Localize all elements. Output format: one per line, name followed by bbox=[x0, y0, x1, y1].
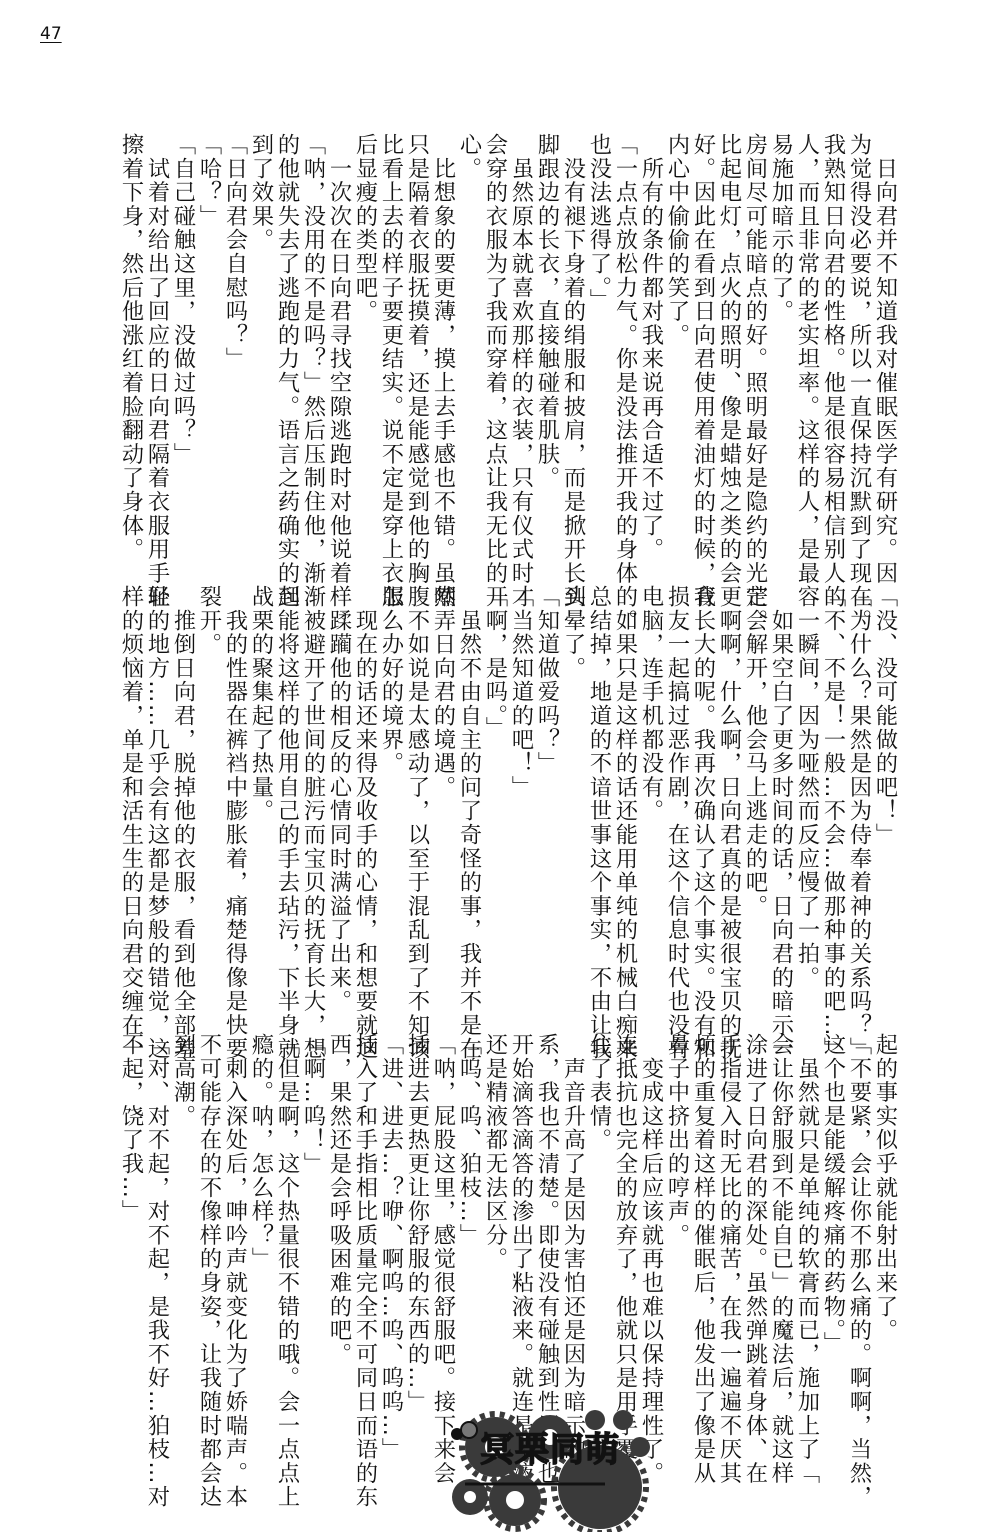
text-column: 样的烦恼着，单是和活生生的日向君交缠在一 bbox=[118, 585, 144, 1005]
text-column: 住了表情。 bbox=[586, 1033, 612, 1453]
text-column: 房间尽可能暗点的好。照明最好是隐约的光芒。 bbox=[742, 133, 768, 553]
text-column: 开始滴答滴答的渗出了粘液来。就连是尿液 bbox=[508, 1033, 534, 1453]
text-column: 比看上去的样子要更结实。说不定是穿上衣服 bbox=[378, 133, 404, 553]
text-column: 头晕了。 bbox=[560, 585, 586, 1005]
text-band-bottom: 起的事实似乎就能射出来了。「不要紧，会让你不那么痛的。啊啊，当然，这个也是能缓解… bbox=[118, 1033, 898, 1453]
text-column: 连抵抗也完全的放弃了，他就只是用手覆盖 bbox=[612, 1033, 638, 1453]
text-column: 「呐，没用的不是吗？」然后压制住他，渐渐 bbox=[300, 133, 326, 553]
text-column: 「啊，是吗。」 bbox=[482, 585, 508, 1005]
text-column: 「日向君会自慰吗？」 bbox=[222, 133, 248, 553]
text-column: 战栗的聚集起了热量。 bbox=[248, 585, 274, 1005]
text-column: 被避开了世间的脏污而宝贝的抚育长大，想 bbox=[300, 585, 326, 1005]
text-column: 我熟知日向君的性格。他是很容易相信别人的 bbox=[820, 133, 846, 553]
text-column: 只是隔着衣服抚摸着，还是能感觉到他的胸腹 bbox=[404, 133, 430, 553]
text-column: 会让你舒服到不能自已」的魔法后，就这样 bbox=[768, 1033, 794, 1453]
text-column: 变成这样后应该就再也难以保持理性了。 bbox=[638, 1033, 664, 1453]
text-column: 一次次在日向君寻找空隙逃跑时对他说着 bbox=[326, 133, 352, 553]
text-column: 我的性器在裤裆中膨胀着，痛楚得像是快要 bbox=[222, 585, 248, 1005]
text-column: 现在的话还来得及收手的心情，和想要就这 bbox=[352, 585, 378, 1005]
text-column: 涂进了日向君的深处。虽然弹跳着身体、在 bbox=[742, 1033, 768, 1453]
text-column: 定会解开，他会马上逃走的吧。 bbox=[742, 585, 768, 1005]
text-column: 声音升高了是因为害怕还是因为暗示的关 bbox=[560, 1033, 586, 1453]
text-column: 「但是啊，这个热量很不错的哦。会一点点上 bbox=[274, 1033, 300, 1453]
text-column: 易施加暗示的了。 bbox=[768, 133, 794, 553]
text-column: 育长大的呢。我再次确认了这个事实。没有和 bbox=[690, 585, 716, 1005]
text-column: 「知道做爱吗？」 bbox=[534, 585, 560, 1005]
text-column: 如果只是这样的话还能用单纯的机械白痴来 bbox=[612, 585, 638, 1005]
logo-text: 冥栗同萌 bbox=[480, 1422, 620, 1471]
text-column: 「当然知道的吧！」 bbox=[508, 585, 534, 1005]
text-column: 为觉得没必要说，所以一直保持沉默到了现在。 bbox=[846, 133, 872, 553]
text-column: 推倒日向君，脱掉他的衣服，看到他全部羞 bbox=[170, 585, 196, 1005]
text-column: 烦的重复着这样的催眠后，他发出了像是从 bbox=[690, 1033, 716, 1453]
text-column: 西，果然还是会呼吸困难的吧。 bbox=[326, 1033, 352, 1453]
text-column: 「呐，屁股这里，感觉很舒服吧。接下来会 bbox=[430, 1033, 456, 1453]
text-column: 「哈？」 bbox=[196, 133, 222, 553]
text-column: 如果空白了更多时间的话，日向君的暗示一 bbox=[768, 585, 794, 1005]
text-band-top: 日向君并不知道我对催眠医学有研究。因为觉得没必要说，所以一直保持沉默到了现在。我… bbox=[118, 133, 898, 553]
text-column: 「自己碰触这里，没做过吗？」 bbox=[170, 133, 196, 553]
text-column: 不如说是太感动了，以至于混乱到了不知该 bbox=[404, 585, 430, 1005]
text-column: 试着对给出了回应的日向君隔着衣服用手轻 bbox=[144, 133, 170, 553]
text-column: 裂开。 bbox=[196, 585, 222, 1005]
text-column: 插进去更热更让你舒服的东西的…」 bbox=[404, 1033, 430, 1453]
text-column: 到了效果。 bbox=[248, 133, 274, 553]
text-column: 系，我也不清楚。即使没有碰触到性器，也 bbox=[534, 1033, 560, 1453]
text-column: 好。因此在看到日向君使用着油灯的时候，我 bbox=[690, 133, 716, 553]
text-column: 怎么办好的境界。 bbox=[378, 585, 404, 1005]
text-column: 「呜、呜、狛枝…」 bbox=[456, 1033, 482, 1453]
text-column: 后显瘦的类型吧。 bbox=[352, 133, 378, 553]
text-column: 所有的条件都对我来说再合适不过了。 bbox=[638, 133, 664, 553]
circle-logo: 冥栗同萌 bbox=[435, 1392, 665, 1532]
text-column: 嘲弄日向君的境遇。 bbox=[430, 585, 456, 1005]
text-column: 「啊…呜！」 bbox=[300, 1033, 326, 1453]
text-column: 到高潮。 bbox=[170, 1033, 196, 1453]
text-column: 这个也是能缓解疼痛的药物。」 bbox=[820, 1033, 846, 1453]
text-column: 虽然就只是单纯的软膏而已，施加上了「 bbox=[794, 1033, 820, 1453]
text-column: 「没、没可能做的吧！」 bbox=[872, 585, 898, 1005]
text-column: 耻的地方……几乎会有这都是梦般的错觉，这 bbox=[144, 585, 170, 1005]
text-column: 刺入深处后，呻吟声就变化为了娇喘声。本 bbox=[222, 1033, 248, 1453]
text-column: 鼻子中挤出的哼声。 bbox=[664, 1033, 690, 1453]
text-column: 「为什么？果然是因为侍奉着神的关系吗？」 bbox=[846, 585, 872, 1005]
text-column: 虽然不由自主的问了奇怪的事，我并不是在 bbox=[456, 585, 482, 1005]
text-column: 人，而且非常的老实坦率。这样的人，是最容 bbox=[794, 133, 820, 553]
text-column: 「不、不是！一般…不会…做那种事的吧…」 bbox=[820, 585, 846, 1005]
text-column: 会穿的衣服为了我而穿着，这点让我无比的开 bbox=[482, 133, 508, 553]
page-number: 47 bbox=[40, 24, 62, 44]
text-column: 到能将这样的他用自己的手去玷污，下半身就 bbox=[274, 585, 300, 1005]
text-column: 不起，饶了我…」 bbox=[118, 1033, 144, 1453]
text-column: 啊啊，什么啊，日向君真的是被很宝贝的抚 bbox=[716, 585, 742, 1005]
text-column: 「一点点放松力气。你是没法推开我的身体的。 bbox=[612, 133, 638, 553]
text-column: 日向君并不知道我对催眠医学有研究。因 bbox=[872, 133, 898, 553]
text-column: 虽然原本就喜欢那样的衣装，只有仪式时才 bbox=[508, 133, 534, 553]
text-column: 插入了和手指相比质量完全不可同日而语的东 bbox=[352, 1033, 378, 1453]
text-column: 比想象的要更薄，摸上去手感也不错。虽然 bbox=[430, 133, 456, 553]
text-column: 脚跟边的长衣，直接触碰着肌肤。 bbox=[534, 133, 560, 553]
text-column: 没有褪下身着的绢服和披肩，而是掀开长到 bbox=[560, 133, 586, 553]
text-column: 的他就失去了逃跑的力气。语言之药确实的起 bbox=[274, 133, 300, 553]
text-band-middle: 「没、没可能做的吧！」「为什么？果然是因为侍奉着神的关系吗？」「不、不是！一般…… bbox=[118, 585, 898, 1005]
text-column: 起的事实似乎就能射出来了。 bbox=[872, 1033, 898, 1453]
text-column: 手指侵入时无比的痛苦，在我一遍遍不厌其 bbox=[716, 1033, 742, 1453]
text-column: 电脑，连手机都没有。 bbox=[638, 585, 664, 1005]
text-column: 「对、对不起，对不起，是我不好…狛枝…对 bbox=[144, 1033, 170, 1453]
text-column: 也没法逃得了。」 bbox=[586, 133, 612, 553]
text-column: 不可能存在的不像样的身姿，让我随时都会达 bbox=[196, 1033, 222, 1453]
text-column: 内心中偷偷的笑了。 bbox=[664, 133, 690, 553]
text-column: 还是精液都无法区分。 bbox=[482, 1033, 508, 1453]
text-column: 擦着下身，然后他涨红着脸翻动了身体。 bbox=[118, 133, 144, 553]
text-column: 「不要紧，会让你不那么痛的。啊啊，当然， bbox=[846, 1033, 872, 1453]
text-column: 总结掉，地道的不谙世事这个事实，不由让我 bbox=[586, 585, 612, 1005]
text-column: 「进、进去…？咿、啊呜…呜、呜呜…」 bbox=[378, 1033, 404, 1453]
text-column: 比起电灯，点火的照明、像是蜡烛之类的会更 bbox=[716, 133, 742, 553]
text-column: 损友一起搞过恶作剧，在这个信息时代也没有 bbox=[664, 585, 690, 1005]
text-column: 样蹂躏他的相反的心情同时满溢了出来。 bbox=[326, 585, 352, 1005]
text-column: 心。 bbox=[456, 133, 482, 553]
text-column: 一瞬间，因为哑然而反应慢了一拍。 bbox=[794, 585, 820, 1005]
text-column: 瘾的。呐，怎么样？」 bbox=[248, 1033, 274, 1453]
